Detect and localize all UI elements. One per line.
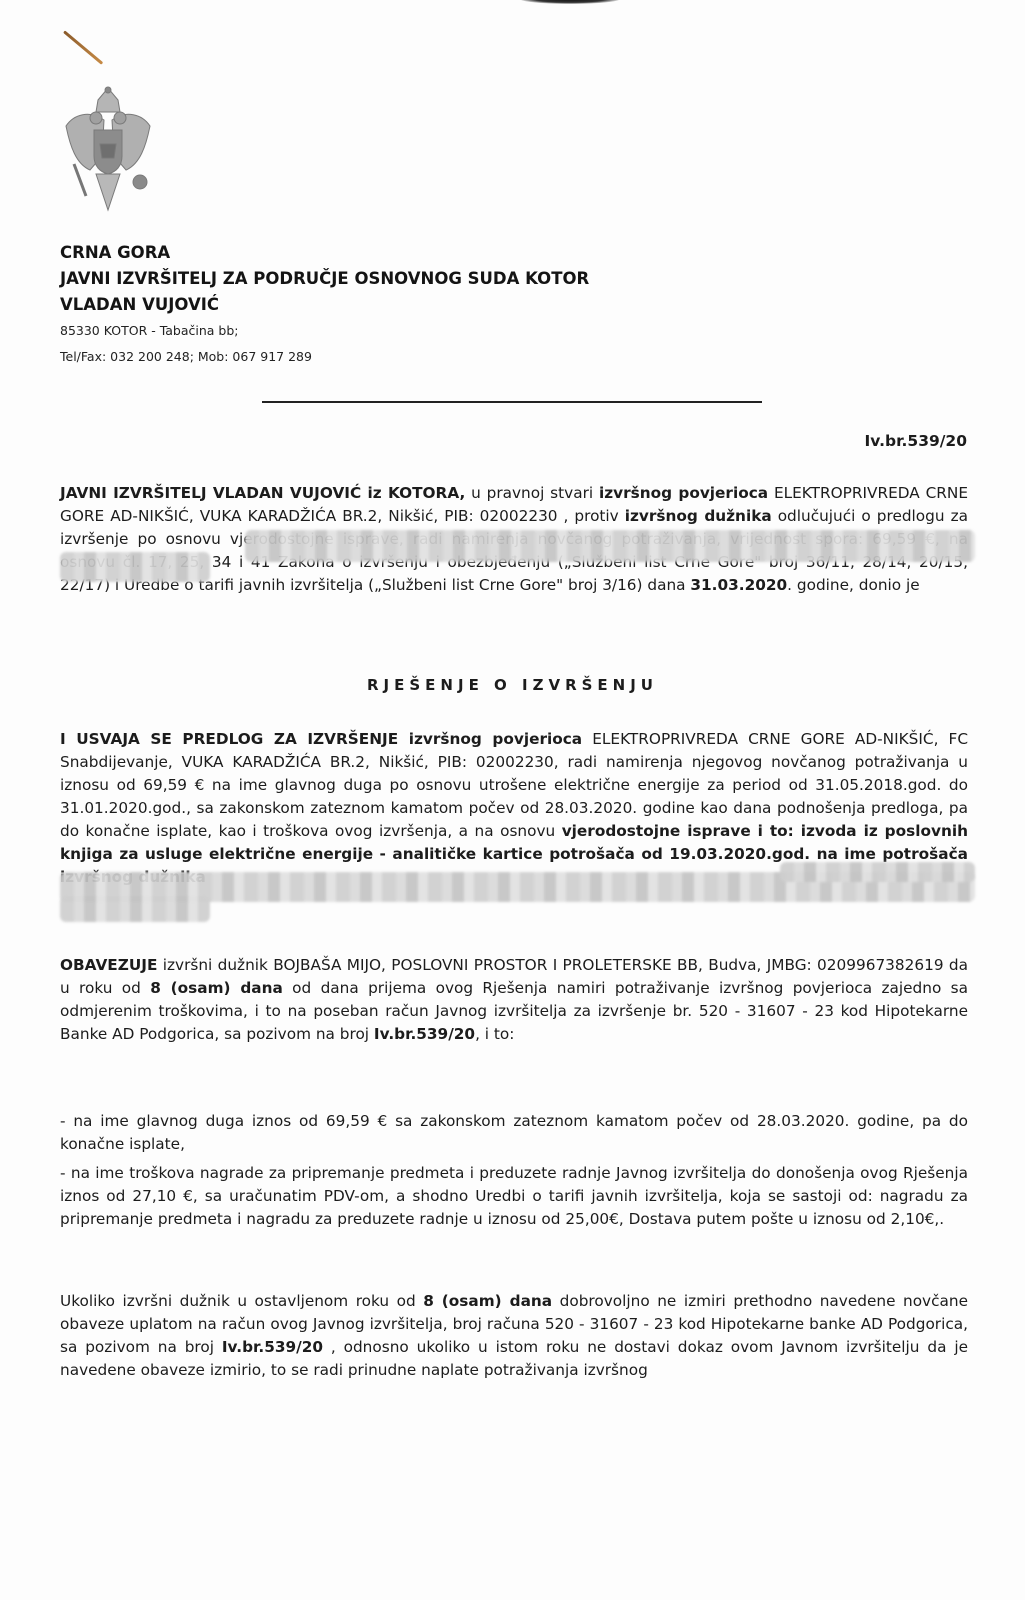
redacted-region xyxy=(60,552,210,582)
obligation-paragraph: OBAVEZUJE izvršni dužnik BOJBAŠA MIJO, P… xyxy=(60,954,968,1046)
closing-text-1: Ukoliko izvršni dužnik u ostavljenom rok… xyxy=(60,1292,423,1310)
intro-bold-1: JAVNI IZVRŠITELJ VLADAN VUJOVIĆ iz KOTOR… xyxy=(60,484,465,502)
payment-items: - na ime glavnog duga iznos od 69,59 € s… xyxy=(60,1110,968,1237)
document-title: RJEŠENJE O IZVRŠENJU xyxy=(0,676,1025,694)
intro-text-1: u pravnoj stvari xyxy=(465,484,599,502)
obligation-bold-1: OBAVEZUJE xyxy=(60,956,157,974)
obligation-reference: Iv.br.539/20 xyxy=(374,1025,475,1043)
closing-deadline: 8 (osam) dana xyxy=(423,1292,552,1310)
closing-paragraph: Ukoliko izvršni dužnik u ostavljenom rok… xyxy=(60,1290,968,1382)
redacted-region xyxy=(780,862,975,882)
intro-bold-3: izvršnog dužnika xyxy=(625,507,772,525)
office-address: 85330 KOTOR - Tabačina bb; xyxy=(60,318,589,344)
redacted-region xyxy=(245,530,975,562)
intro-date: 31.03.2020 xyxy=(690,576,787,594)
closing-reference: Iv.br.539/20 xyxy=(222,1338,323,1356)
list-item: - na ime glavnog duga iznos od 69,59 € s… xyxy=(60,1110,968,1156)
header-divider xyxy=(262,401,762,403)
coat-of-arms-icon xyxy=(60,86,156,220)
document-page: CRNA GORA JAVNI IZVRŠITELJ ZA PODRUČJE O… xyxy=(0,0,1025,1600)
office-contact: Tel/Fax: 032 200 248; Mob: 067 917 289 xyxy=(60,344,589,370)
ruling-bold-1: I USVAJA SE PREDLOG ZA IZVRŠENJE izvršno… xyxy=(60,730,582,748)
letterhead: CRNA GORA JAVNI IZVRŠITELJ ZA PODRUČJE O… xyxy=(60,240,589,370)
scan-shadow xyxy=(520,0,620,4)
country-name: CRNA GORA xyxy=(60,240,589,266)
redacted-region xyxy=(60,896,210,922)
list-item: - na ime troškova nagrade za pripremanje… xyxy=(60,1162,968,1231)
intro-bold-2: izvršnog povjerioca xyxy=(599,484,768,502)
pen-mark xyxy=(63,30,103,64)
office-name: JAVNI IZVRŠITELJ ZA PODRUČJE OSNOVNOG SU… xyxy=(60,266,589,292)
intro-text-4: . godine, donio je xyxy=(787,576,919,594)
official-name: VLADAN VUJOVIĆ xyxy=(60,292,589,318)
obligation-deadline: 8 (osam) dana xyxy=(150,979,283,997)
obligation-text-3: , i to: xyxy=(475,1025,514,1043)
case-number: Iv.br.539/20 xyxy=(865,432,968,450)
